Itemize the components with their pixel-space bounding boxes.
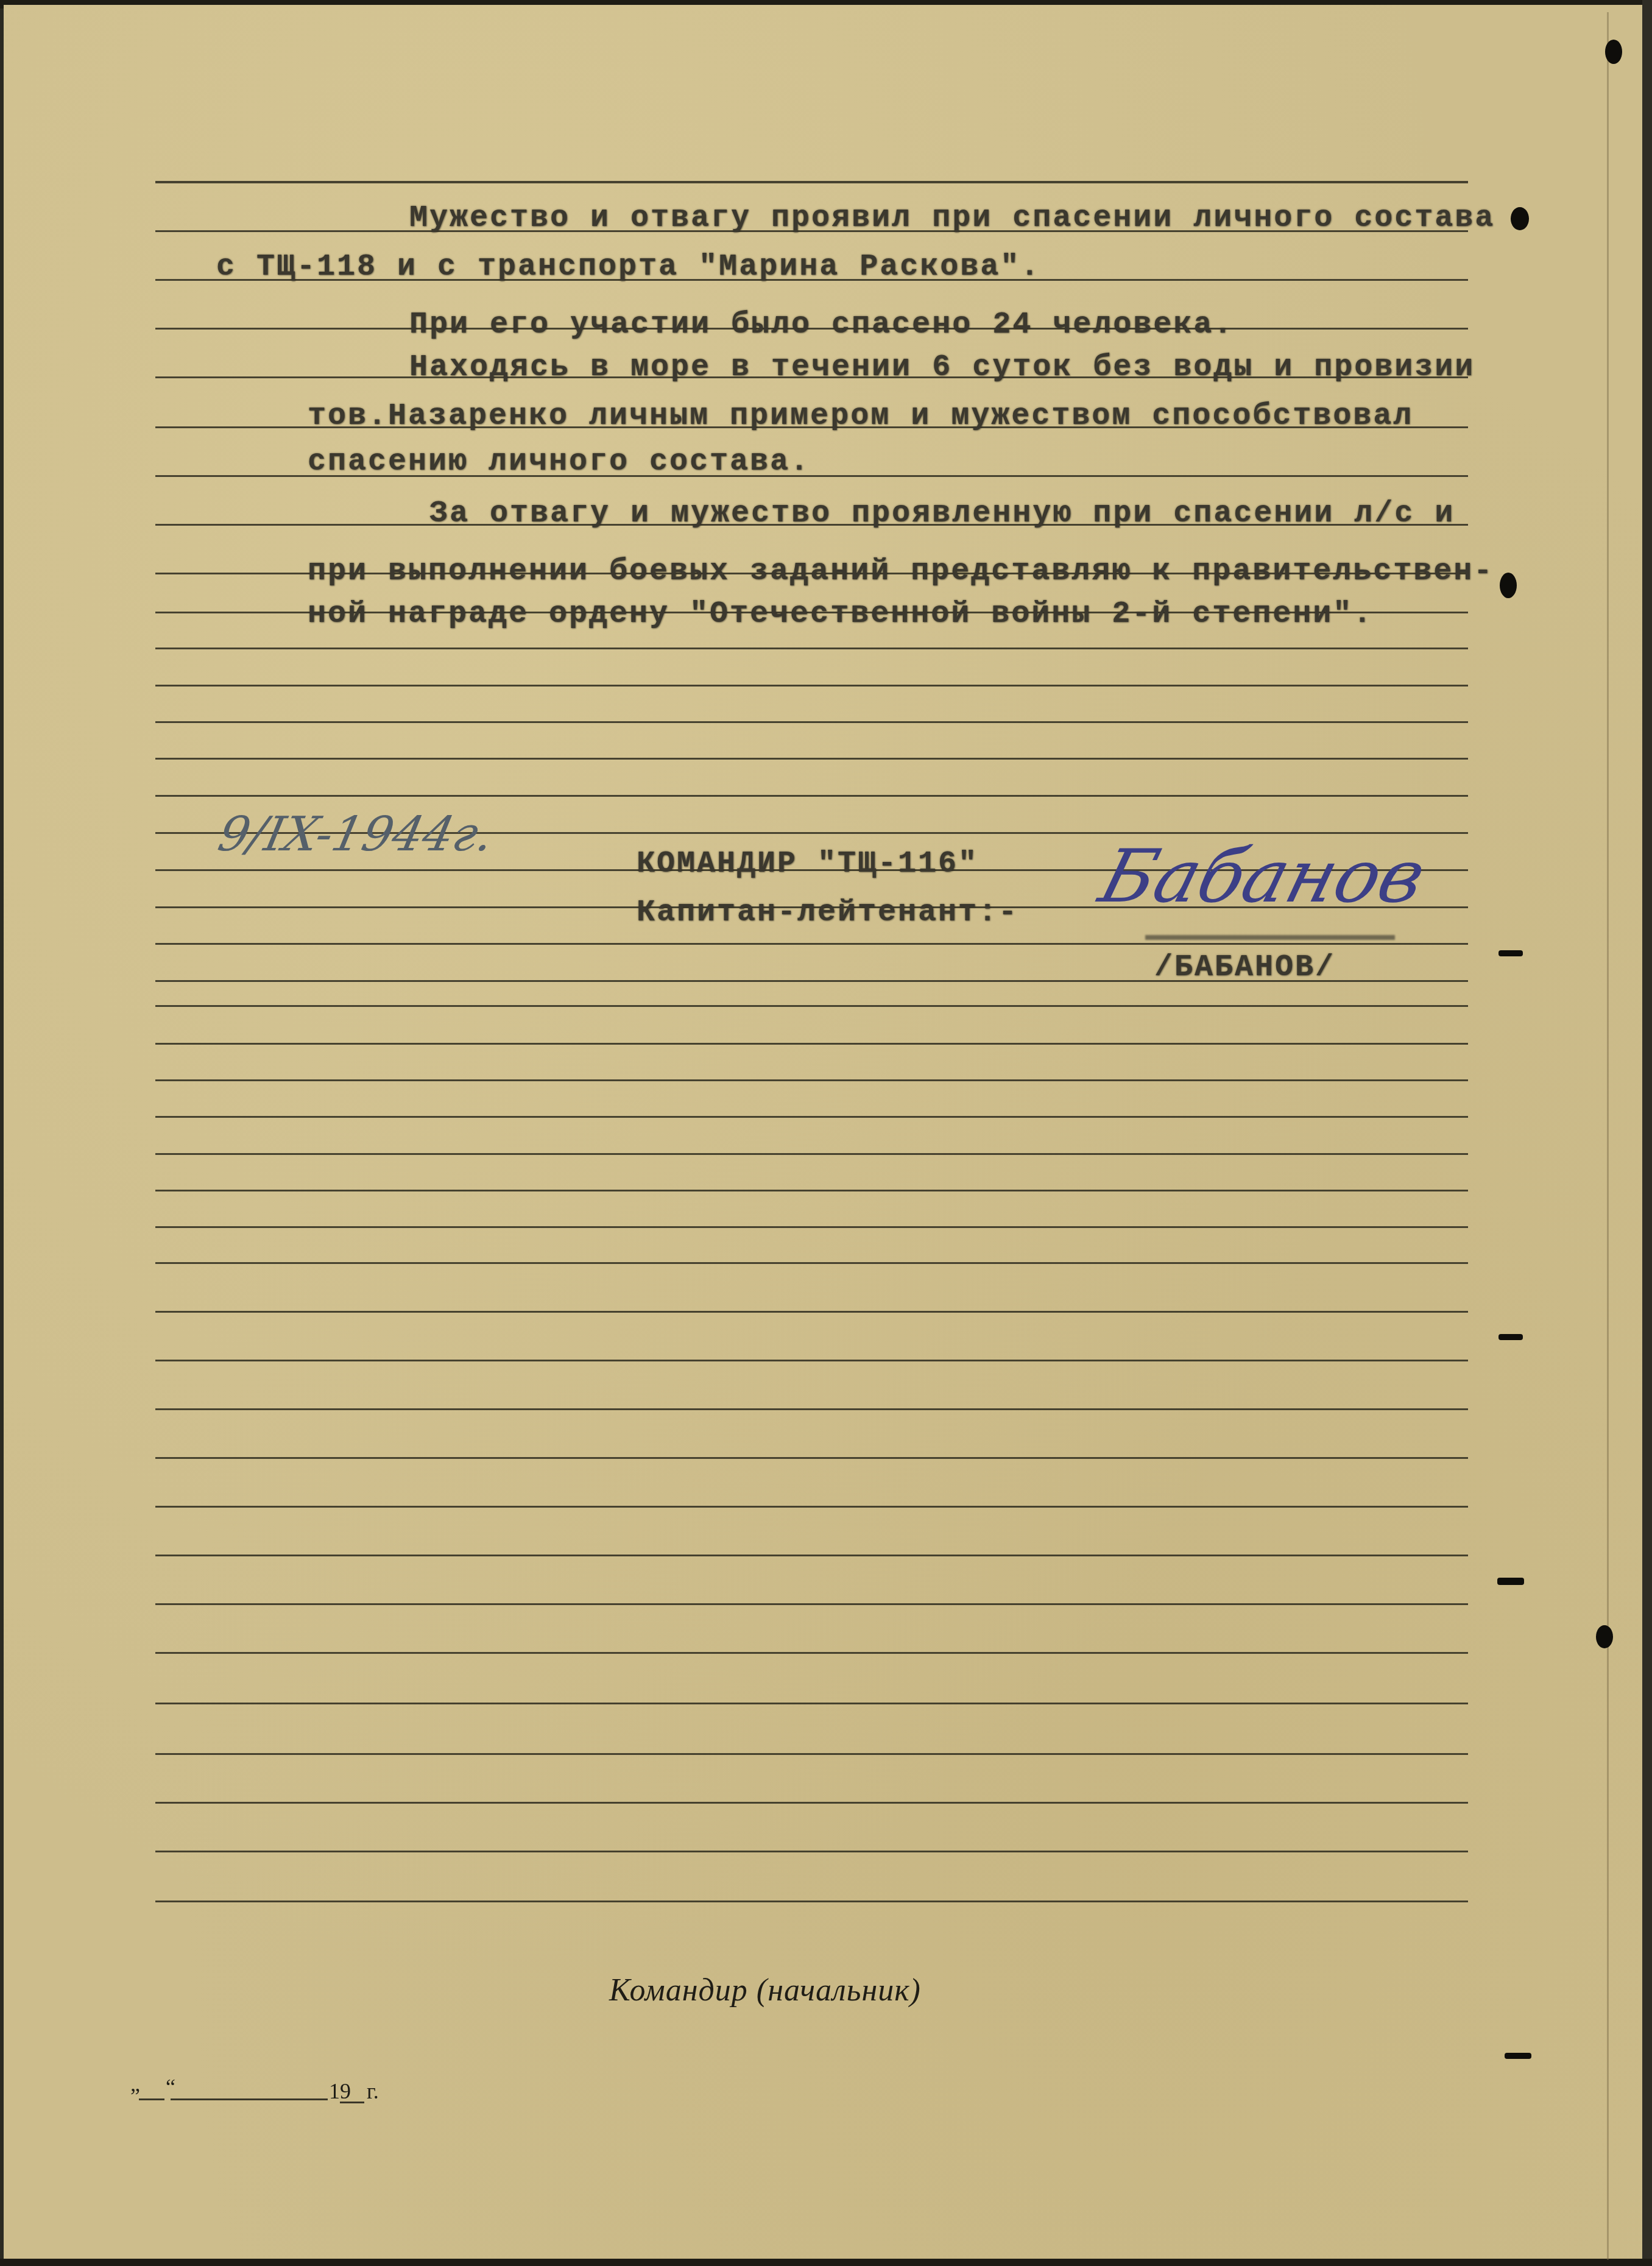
ruled-line — [155, 721, 1468, 723]
commander-title: КОМАНДИР "ТЩ-116" — [637, 847, 978, 881]
day-blank — [139, 2098, 164, 2100]
ruled-line — [155, 648, 1468, 649]
ruled-line — [155, 1005, 1468, 1007]
ruled-line — [155, 1360, 1468, 1361]
body-line: Мужество и отвагу проявил при спасении л… — [409, 201, 1495, 236]
date-close-quote: “ — [166, 2074, 175, 2100]
body-line: при выполнении боевых заданий представля… — [308, 554, 1494, 589]
body-line: За отвагу и мужество проявленную при спа… — [429, 496, 1455, 531]
body-line: При его участии было спасено 24 человека… — [409, 308, 1234, 342]
ruled-line — [155, 1153, 1468, 1155]
ruled-line — [155, 795, 1468, 797]
ruled-line — [155, 1226, 1468, 1228]
punch-hole — [1498, 950, 1523, 956]
ruled-line — [155, 1555, 1468, 1556]
ruled-line — [155, 1753, 1468, 1755]
body-line: тов.Назаренко личным примером и мужество… — [308, 399, 1413, 434]
ruled-line — [155, 181, 1468, 183]
ruled-line — [155, 1079, 1468, 1081]
scan-bottom-edge — [0, 2259, 1652, 2266]
year-blank — [340, 2102, 364, 2103]
ruled-line — [155, 1603, 1468, 1605]
document-page — [4, 5, 1642, 2264]
ruled-line — [155, 685, 1468, 687]
year-suffix: г. — [367, 2078, 379, 2104]
scan-right-edge — [1642, 0, 1652, 2266]
punch-hole — [1505, 2053, 1531, 2059]
punch-hole — [1605, 40, 1622, 64]
body-line: спасению личного состава. — [308, 445, 810, 479]
handwritten-date: 9/IX-1944г. — [213, 807, 498, 862]
ruled-line — [155, 1652, 1468, 1654]
body-line: Находясь в море в течении 6 суток без во… — [409, 350, 1475, 385]
punch-hole — [1497, 1578, 1524, 1585]
month-blank — [171, 2098, 328, 2100]
commander-name: /БАБАНОВ/ — [1154, 950, 1335, 985]
ruled-line — [155, 1311, 1468, 1313]
ruled-line — [155, 1116, 1468, 1118]
commander-rank: Капитан-лейтенант:- — [637, 895, 1018, 930]
ruled-line — [155, 1703, 1468, 1704]
body-line: ной награде ордену "Отечественной войны … — [308, 597, 1373, 632]
punch-hole — [1511, 207, 1529, 230]
year-prefix: 19 — [329, 2078, 351, 2104]
ruled-line — [155, 943, 1468, 945]
ruled-line — [155, 1851, 1468, 1852]
ruled-line — [155, 1190, 1468, 1191]
signature: Бабанов — [1091, 835, 1434, 919]
ruled-line — [155, 1262, 1468, 1264]
date-open-quote: „ — [130, 2071, 140, 2097]
ruled-line — [155, 1043, 1468, 1045]
page-fold-line — [1607, 12, 1609, 2260]
ruled-line — [155, 758, 1468, 760]
punch-hole — [1500, 573, 1517, 598]
punch-hole — [1498, 1334, 1523, 1340]
ruled-line — [155, 1408, 1468, 1410]
ruled-line — [155, 1901, 1468, 1902]
body-line: с ТЩ-118 и с транспорта "Марина Раскова"… — [216, 250, 1040, 284]
signature-underline — [1145, 935, 1395, 940]
commander-label: Командир (начальник) — [609, 1972, 921, 2008]
ruled-line — [155, 1802, 1468, 1804]
ruled-line — [155, 1506, 1468, 1508]
ruled-line — [155, 1457, 1468, 1459]
punch-hole — [1596, 1625, 1613, 1648]
